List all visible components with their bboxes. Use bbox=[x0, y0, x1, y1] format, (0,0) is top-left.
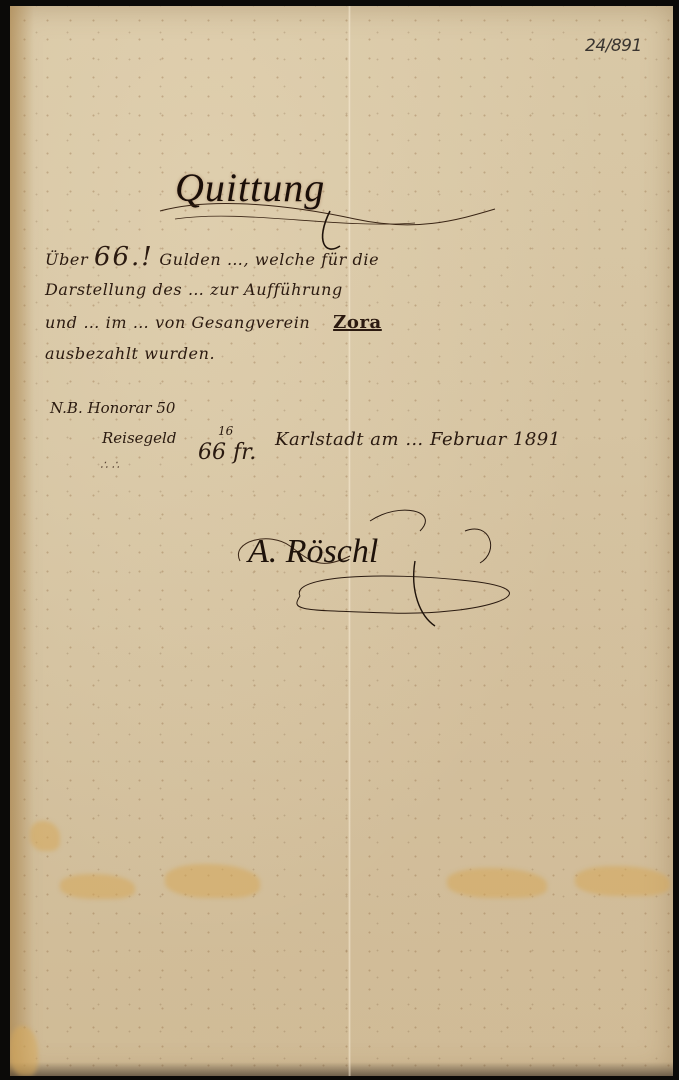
paper-bottom-edge bbox=[10, 1062, 673, 1076]
body-amount: 66.! bbox=[94, 242, 154, 272]
place-and-date: Karlstadt am … Februar 1891 bbox=[275, 429, 561, 450]
body-line-3-text: und … im … von Gesangverein bbox=[45, 313, 310, 332]
body-line-4: ausbezahlt wurden. bbox=[45, 344, 215, 363]
water-stain bbox=[447, 868, 547, 898]
water-stain bbox=[60, 874, 135, 899]
body-line-3: und … im … von Gesangverein Zora bbox=[45, 312, 382, 333]
account-reisegeld-value: 16 bbox=[218, 424, 233, 438]
body-line-2: Darstellung des … zur Aufführung bbox=[45, 280, 343, 299]
archive-number: 24/891 bbox=[585, 36, 642, 56]
paper-sheet: 24/891 Quittung Über 66.! Gulden …, welc… bbox=[10, 6, 673, 1076]
water-stain bbox=[575, 866, 670, 896]
account-honorar: N.B. Honorar 50 bbox=[50, 399, 175, 417]
water-stain bbox=[30, 821, 60, 851]
signature: A. Röschl bbox=[248, 533, 378, 571]
account-honorar-value: 50 bbox=[156, 399, 175, 417]
account-total: 66 fr. bbox=[198, 440, 256, 465]
paper-edge-discoloration bbox=[10, 6, 34, 1076]
body-line-1-rest: Gulden …, welche für die bbox=[159, 250, 379, 269]
body-prefix: Über bbox=[45, 250, 88, 269]
society-name: Zora bbox=[333, 312, 382, 333]
body-line-1: Über 66.! Gulden …, welche für die bbox=[45, 242, 379, 272]
account-marks: ∴ ∴ bbox=[100, 458, 119, 472]
water-stain bbox=[165, 864, 260, 898]
account-honorar-label: N.B. Honorar bbox=[50, 399, 152, 417]
account-reisegeld-label: Reisegeld bbox=[102, 429, 176, 447]
scanned-document: 24/891 Quittung Über 66.! Gulden …, welc… bbox=[0, 0, 679, 1080]
